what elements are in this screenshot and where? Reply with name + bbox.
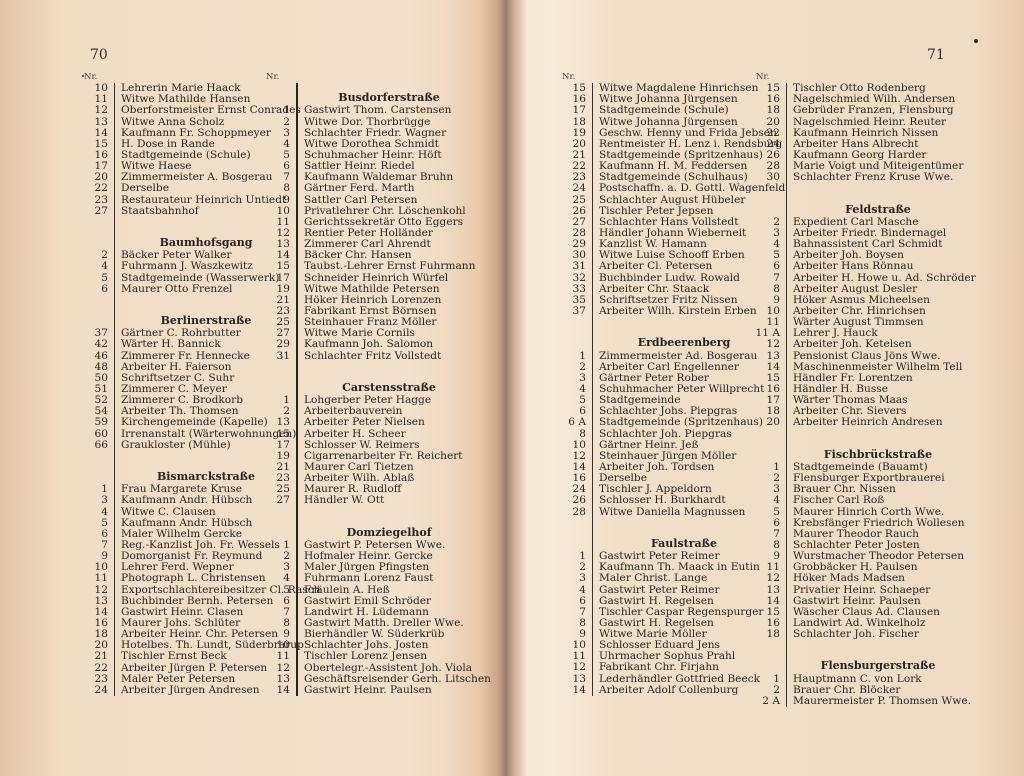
house-number: 2: [82, 250, 114, 261]
resident-name: Gastwirt Peter Reimer: [592, 585, 720, 596]
house-number: 18: [754, 105, 786, 116]
directory-entry: 1Zimmermeister Ad. Bosgerau: [560, 351, 785, 362]
directory-entry: 4Fischer Carl Roß: [754, 495, 976, 506]
directory-entry: 13Privatier Heinr. Schaeper: [754, 585, 976, 596]
directory-entry: 5Fräulein A. Heß: [264, 585, 491, 596]
directory-entry: 31Schlachter Fritz Vollstedt: [264, 351, 491, 362]
house-number: 66: [82, 440, 114, 451]
house-number: 3: [264, 128, 296, 139]
house-number: 5: [560, 395, 592, 406]
house-number: 6: [754, 261, 786, 272]
house-number: 22: [82, 183, 114, 194]
directory-entry: 14Arbeiter Adolf Collenburg: [560, 685, 785, 696]
directory-entry: 29Kaufmann Joh. Salomon: [264, 339, 491, 350]
house-number: 31: [560, 261, 592, 272]
house-number: 4: [754, 239, 786, 250]
resident-name: Gastwirt Heinr. Paulsen: [296, 685, 432, 696]
house-number: 5: [754, 250, 786, 261]
street-heading: Fischbrückstraße: [754, 440, 976, 462]
resident-name: Witwe Daniella Magnussen: [592, 507, 745, 518]
house-number: 18: [754, 629, 786, 640]
page-number: 71: [927, 47, 945, 63]
resident-name: Gastwirt Thom. Carstensen: [296, 105, 451, 116]
resident-name: Fabrikant Chr. Firjahn: [592, 662, 719, 673]
house-number: 1: [754, 462, 786, 473]
resident-name: Zimmermeister Ad. Bosgerau: [592, 351, 757, 362]
resident-name: Derselbe: [114, 183, 169, 194]
street-name: Carstensstraße: [296, 373, 474, 395]
directory-entry: 18Gebrüder Franzen, Flensburg: [754, 105, 976, 116]
directory-entry: 32Buchbinder Ludw. Rowald: [560, 273, 785, 284]
street-name: Faulstraße: [592, 529, 769, 551]
resident-name: Kaufmann Joh. Salomon: [296, 339, 433, 350]
directory-entry: 37Arbeiter Wilh. Kirstein Erben: [560, 306, 785, 317]
resident-name: Schlachter Joh. Piepgras: [592, 429, 732, 440]
resident-name: Arbeiter Wilh. Kirstein Erben: [592, 306, 757, 317]
house-number: 3: [264, 562, 296, 573]
directory-entry: 24Postschaffn. a. D. Gottl. Wagenfeld: [560, 183, 785, 194]
house-number: 5: [82, 518, 114, 529]
spacer: [560, 518, 785, 529]
house-number: 6: [754, 518, 786, 529]
house-number: 5: [264, 585, 296, 596]
house-number: 2: [560, 362, 592, 373]
house-number: 6: [264, 596, 296, 607]
directory-entry: 31Arbeiter Cl. Petersen: [560, 261, 785, 272]
house-number: 30: [754, 172, 786, 183]
book-spread: 70 Nr.10Lehrerin Marie Haack11Witwe Math…: [0, 0, 1024, 776]
house-number: 13: [754, 585, 786, 596]
page-number: 70: [90, 47, 108, 63]
spacer: [754, 183, 976, 194]
directory-entry: 14Arbeiter Joh. Tordsen: [560, 462, 785, 473]
street-name: Fischbrückstraße: [786, 440, 963, 462]
house-number: 21: [82, 651, 114, 662]
house-number: 27: [82, 206, 114, 217]
street-heading: Busdorferstraße: [264, 83, 491, 105]
directory-entry: 8Gärtner Ferd. Marth: [264, 183, 491, 194]
directory-entry: 3Maler Christ. Lange: [560, 573, 785, 584]
resident-name: Fräulein A. Heß: [296, 585, 390, 596]
house-number: 7: [264, 172, 296, 183]
directory-entry: 12Arbeiter Joh. Ketelsen: [754, 339, 976, 350]
directory-entry: 26Schlosser H. Burkhardt: [560, 495, 785, 506]
directory-entry: 1Gastwirt Thom. Carstensen: [264, 105, 491, 116]
house-number: 15: [264, 429, 296, 440]
resident-name: Stadtgemeinde (Spritzenhaus): [592, 417, 763, 428]
resident-name: Arbeiter Hans Rönnau: [786, 261, 913, 272]
street-name: Flensburgerstraße: [786, 651, 963, 673]
house-number: 2: [264, 117, 296, 128]
house-number: 1: [264, 105, 296, 116]
street-heading: Faulstraße: [560, 529, 785, 551]
resident-name: Witwe C. Clausen: [114, 507, 216, 518]
house-number: 8: [264, 618, 296, 629]
house-number: 6: [82, 529, 114, 540]
address-column: Nr.Busdorferstraße1Gastwirt Thom. Carste…: [264, 72, 491, 696]
resident-name: Arbeiter Jürgen P. Petersen: [114, 663, 267, 674]
house-number: 6: [82, 284, 114, 295]
street-heading: Feldstraße: [754, 195, 976, 217]
resident-name: Arbeiter Adolf Collenburg: [592, 685, 738, 696]
directory-entry: 15Arbeiter H. Scheer: [264, 429, 491, 440]
resident-name: Arbeiter Jürgen Andresen: [114, 685, 260, 696]
street-heading: Carstensstraße: [264, 373, 491, 395]
spacer: [754, 429, 976, 440]
resident-name: Graukloster (Mühle): [114, 440, 231, 451]
house-number: 6 A: [560, 417, 592, 428]
house-number: 7: [82, 540, 114, 551]
house-number: 2: [264, 551, 296, 562]
house-number: 11: [264, 651, 296, 662]
house-number: 4: [754, 495, 786, 506]
house-number: 12: [264, 663, 296, 674]
house-number: 14: [264, 685, 296, 696]
resident-name: Händler W. Ott: [296, 495, 384, 506]
house-number: 28: [560, 507, 592, 518]
resident-name: Maler Christ. Lange: [592, 573, 707, 584]
house-number: 59: [82, 417, 114, 428]
resident-name: Arbeiter Heinrich Andresen: [786, 417, 943, 428]
street-name: Erdbeerenberg: [592, 328, 769, 350]
directory-entry: 5Maurer Hinrich Corth Wwe.: [754, 507, 976, 518]
resident-name: Taubst.-Lehrer Ernst Fuhrmann: [296, 261, 475, 272]
address-column: Nr.15Witwe Magdalene Hinrichsen16Witwe J…: [560, 72, 785, 696]
directory-entry: 20Arbeiter Heinrich Andresen: [754, 417, 976, 428]
resident-name: Schlachter Fritz Vollstedt: [296, 351, 441, 362]
house-number: 7: [754, 529, 786, 540]
house-number: 20: [754, 417, 786, 428]
house-number: 7: [754, 273, 786, 284]
directory-entry: 17Stadtgemeinde (Schule): [560, 105, 785, 116]
resident-name: Obertelegr.-Assistent Joh. Viola: [296, 663, 472, 674]
house-number: 3: [754, 484, 786, 495]
house-number: 1: [560, 351, 592, 362]
house-number: 6: [560, 596, 592, 607]
house-number: 31: [264, 351, 296, 362]
house-number: 37: [560, 306, 592, 317]
house-number: 3: [82, 495, 114, 506]
house-number: 2: [754, 217, 786, 228]
resident-name: Maurer Otto Frenzel: [114, 284, 232, 295]
resident-name: Höker Mads Madsen: [786, 573, 905, 584]
directory-entry: 13Pensionist Claus Jöns Wwe.: [754, 351, 976, 362]
directory-entry: 6 AStadtgemeinde (Spritzenhaus): [560, 417, 785, 428]
house-number: 32: [560, 273, 592, 284]
house-number: 1: [82, 484, 114, 495]
address-column: Nr.15Tischler Otto Rodenberg16Nagelschmi…: [754, 72, 976, 707]
house-number: 4: [560, 585, 592, 596]
house-number: 6: [264, 161, 296, 172]
directory-entry: 8Schlachter Joh. Piepgras: [560, 429, 785, 440]
house-number: 17: [560, 105, 592, 116]
street-heading: Erdbeerenberg: [560, 328, 785, 350]
house-number: 4: [82, 507, 114, 518]
house-number: 2: [560, 562, 592, 573]
house-number: 5: [264, 150, 296, 161]
house-number: 7: [560, 607, 592, 618]
nr-column-header: Nr.: [264, 72, 491, 83]
house-number: 8: [264, 183, 296, 194]
house-number: 13: [264, 417, 296, 428]
resident-name: Schlachter Joh. Fischer: [786, 629, 919, 640]
resident-name: Pensionist Claus Jöns Wwe.: [786, 351, 941, 362]
directory-entry: 30Schlachter Frenz Kruse Wwe.: [754, 172, 976, 183]
resident-name: Arbeiter H. Scheer: [296, 429, 406, 440]
directory-entry: 15Taubst.-Lehrer Ernst Fuhrmann: [264, 261, 491, 272]
right-page: 71 Nr.15Witwe Magdalene Hinrichsen16Witw…: [515, 0, 1024, 776]
resident-name: Fischer Carl Roß: [786, 495, 884, 506]
house-number: 22: [82, 663, 114, 674]
house-number: 7: [264, 607, 296, 618]
resident-name: Kaufmann Andr. Hübsch: [114, 495, 252, 506]
house-number: 1: [264, 395, 296, 406]
directory-entry: 14Gastwirt Heinr. Paulsen: [264, 685, 491, 696]
house-number: 5: [82, 273, 114, 284]
house-number: 60: [82, 429, 114, 440]
directory-entry: 28Witwe Daniella Magnussen: [560, 507, 785, 518]
house-number: 8: [754, 540, 786, 551]
resident-name: Maurermeister P. Thomsen Wwe.: [786, 696, 971, 707]
house-number: 2: [754, 473, 786, 484]
street-heading: Flensburgerstraße: [754, 651, 976, 673]
resident-name: Buchbinder Ludw. Rowald: [592, 273, 740, 284]
house-number: 29: [264, 339, 296, 350]
resident-name: Wärter H. Bannick: [114, 339, 221, 350]
house-number: 27: [264, 495, 296, 506]
street-heading: Domziegelhof: [264, 518, 491, 540]
resident-name: Photograph L. Christensen: [114, 573, 266, 584]
resident-name: Stadtgemeinde (Schule): [592, 105, 729, 116]
house-number: 42: [82, 339, 114, 350]
resident-name: Kirchengemeinde (Kapelle): [114, 417, 268, 428]
resident-name: Tischler Ernst Beck: [114, 651, 227, 662]
house-number: 11: [82, 573, 114, 584]
directory-entry: 6Arbeiter Hans Rönnau: [754, 261, 976, 272]
street-name: Domziegelhof: [296, 518, 474, 540]
directory-entry: 4Gastwirt Peter Reimer: [560, 585, 785, 596]
directory-entry: 13Arbeiter Peter Nielsen: [264, 417, 491, 428]
house-number: 12: [82, 585, 114, 596]
spacer: [264, 507, 491, 518]
directory-entry: 12Obertelegr.-Assistent Joh. Viola: [264, 663, 491, 674]
directory-entry: 12Fabrikant Chr. Firjahn: [560, 662, 785, 673]
house-number: 3: [754, 228, 786, 239]
resident-name: Privatier Heinr. Schaeper: [786, 585, 930, 596]
house-number: 1: [560, 551, 592, 562]
street-name: Busdorferstraße: [296, 83, 474, 105]
resident-name: Staatsbahnhof: [114, 206, 199, 217]
house-number: 24: [560, 183, 592, 194]
house-number: 8: [754, 284, 786, 295]
directory-entry: 27Händler W. Ott: [264, 495, 491, 506]
spacer: [560, 317, 785, 328]
house-number: 12: [754, 573, 786, 584]
resident-name: Gärtner Ferd. Marth: [296, 183, 415, 194]
resident-name: Arbeiter Peter Nielsen: [296, 417, 425, 428]
house-number: 14: [560, 685, 592, 696]
left-page: 70 Nr.10Lehrerin Marie Haack11Witwe Math…: [0, 0, 500, 776]
house-number: 8: [560, 429, 592, 440]
resident-name: Arbeiter Joh. Ketelsen: [786, 339, 912, 350]
resident-name: Tischler Lorenz Jensen: [296, 651, 427, 662]
ink-speck: [974, 39, 978, 43]
directory-entry: 18Schlachter Joh. Fischer: [754, 629, 976, 640]
house-number: 26: [560, 495, 592, 506]
resident-name: Schlosser H. Burkhardt: [592, 495, 726, 506]
house-number: 3: [560, 573, 592, 584]
house-number: 15: [264, 261, 296, 272]
house-number: 3: [560, 373, 592, 384]
spacer: [264, 362, 491, 373]
house-number: 4: [560, 384, 592, 395]
directory-entry: 2 AMaurermeister P. Thomsen Wwe.: [754, 696, 976, 707]
house-number: 1: [264, 540, 296, 551]
house-number: 4: [264, 573, 296, 584]
resident-name: Gebrüder Franzen, Flensburg: [786, 105, 954, 116]
house-number: 12: [560, 662, 592, 673]
spacer: [754, 640, 976, 651]
house-number: 4: [82, 261, 114, 272]
house-number: 13: [754, 351, 786, 362]
house-number: 12: [754, 339, 786, 350]
house-number: 5: [754, 507, 786, 518]
directory-entry: 11Tischler Lorenz Jensen: [264, 651, 491, 662]
house-number: 8: [560, 618, 592, 629]
resident-name: Fuhrmann Lorenz Faust: [296, 573, 433, 584]
resident-name: Arbeiter Cl. Petersen: [592, 261, 712, 272]
house-number: 2 A: [754, 696, 786, 707]
resident-name: Maurer Hinrich Corth Wwe.: [786, 507, 944, 518]
directory-entry: 4Fuhrmann Lorenz Faust: [264, 573, 491, 584]
house-number: 24: [82, 685, 114, 696]
house-number: 1: [754, 674, 786, 685]
resident-name: Schlachter Frenz Kruse Wwe.: [786, 172, 953, 183]
house-number: 12: [82, 105, 114, 116]
house-number: 4: [264, 139, 296, 150]
resident-name: Fuhrmann J. Waszkewitz: [114, 261, 253, 272]
directory-entry: 12Höker Mads Madsen: [754, 573, 976, 584]
street-name: Feldstraße: [786, 195, 963, 217]
